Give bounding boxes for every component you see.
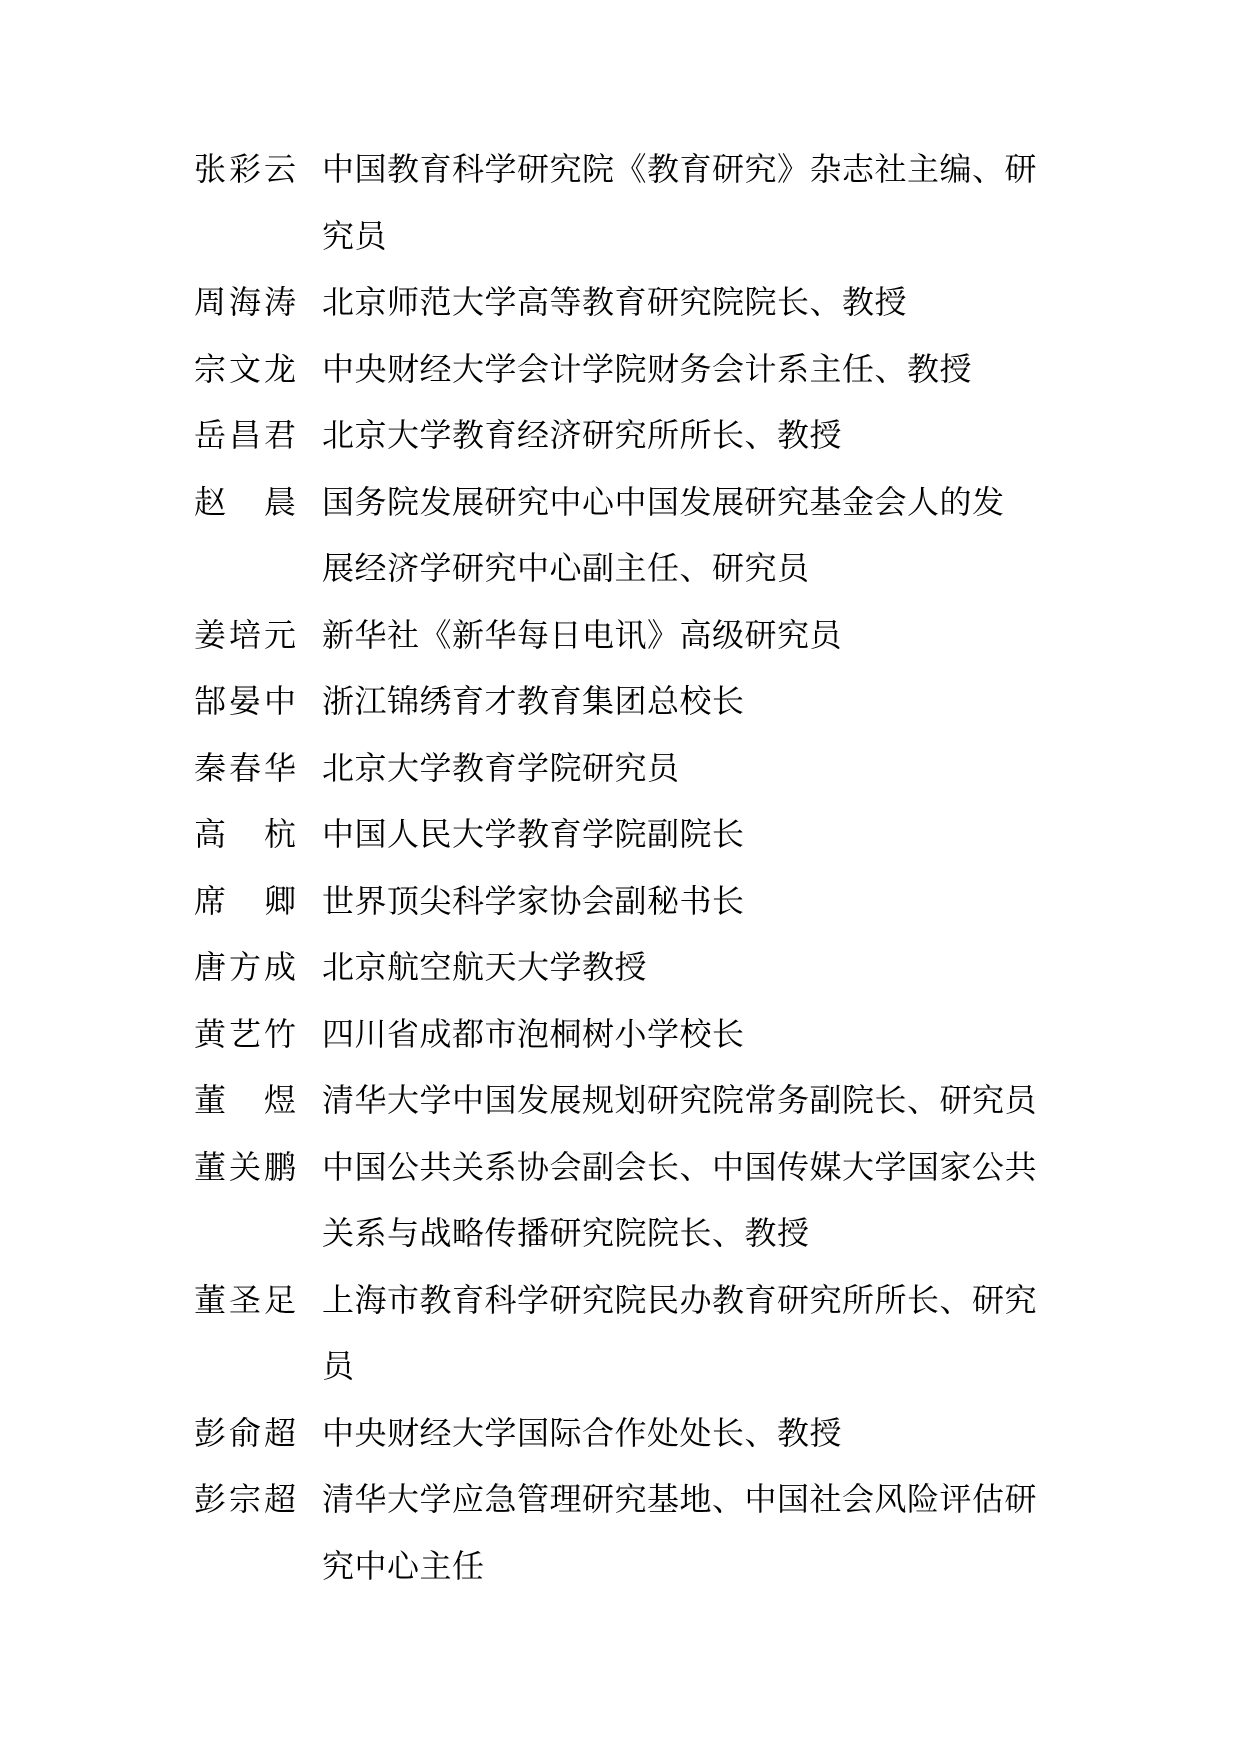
person-affiliation-title: 中央财经大学国际合作处处长、教授 (322, 1400, 1082, 1467)
document-page: 张彩云 中国教育科学研究院《教育研究》杂志社主编、研究员 周海涛 北京师范大学高… (0, 0, 1241, 1755)
title-line: 究中心主任 (322, 1533, 1082, 1600)
title-line: 清华大学中国发展规划研究院常务副院长、研究员 (322, 1067, 1082, 1134)
title-line: 国务院发展研究中心中国发展研究基金会人的发 (322, 469, 1082, 536)
person-affiliation-title: 中国公共关系协会副会长、中国传媒大学国家公共关系与战略传播研究院院长、教授 (322, 1134, 1082, 1267)
person-name: 席卿 (194, 868, 296, 935)
person-affiliation-title: 国务院发展研究中心中国发展研究基金会人的发展经济学研究中心副主任、研究员 (322, 469, 1082, 602)
roster-entry: 董圣足 上海市教育科学研究院民办教育研究所所长、研究员 (194, 1267, 1094, 1400)
title-line: 究员 (322, 203, 1082, 270)
roster-entry: 岳昌君 北京大学教育经济研究所所长、教授 (194, 402, 1094, 469)
title-line: 中央财经大学会计学院财务会计系主任、教授 (322, 336, 1082, 403)
roster-entry: 郜晏中 浙江锦绣育才教育集团总校长 (194, 668, 1094, 735)
title-line: 关系与战略传播研究院院长、教授 (322, 1200, 1082, 1267)
title-line: 中国人民大学教育学院副院长 (322, 801, 1082, 868)
person-affiliation-title: 北京航空航天大学教授 (322, 934, 1082, 1001)
title-line: 北京大学教育经济研究所所长、教授 (322, 402, 1082, 469)
roster-entry: 高杭 中国人民大学教育学院副院长 (194, 801, 1094, 868)
roster-entry: 黄艺竹 四川省成都市泡桐树小学校长 (194, 1001, 1094, 1068)
person-name: 郜晏中 (194, 668, 296, 735)
person-affiliation-title: 中国教育科学研究院《教育研究》杂志社主编、研究员 (322, 136, 1082, 269)
person-affiliation-title: 北京大学教育经济研究所所长、教授 (322, 402, 1082, 469)
person-affiliation-title: 四川省成都市泡桐树小学校长 (322, 1001, 1082, 1068)
person-name: 赵晨 (194, 469, 296, 536)
title-line: 中国公共关系协会副会长、中国传媒大学国家公共 (322, 1134, 1082, 1201)
person-affiliation-title: 清华大学中国发展规划研究院常务副院长、研究员 (322, 1067, 1082, 1134)
person-name: 董煜 (194, 1067, 296, 1134)
person-name: 张彩云 (194, 136, 296, 203)
title-line: 北京大学教育学院研究员 (322, 735, 1082, 802)
title-line: 中国教育科学研究院《教育研究》杂志社主编、研 (322, 136, 1082, 203)
person-name: 姜培元 (194, 602, 296, 669)
person-affiliation-title: 上海市教育科学研究院民办教育研究所所长、研究员 (322, 1267, 1082, 1400)
person-name: 周海涛 (194, 269, 296, 336)
roster-entry: 宗文龙 中央财经大学会计学院财务会计系主任、教授 (194, 336, 1094, 403)
title-line: 浙江锦绣育才教育集团总校长 (322, 668, 1082, 735)
roster-entry: 彭宗超 清华大学应急管理研究基地、中国社会风险评估研究中心主任 (194, 1466, 1094, 1599)
person-name: 岳昌君 (194, 402, 296, 469)
person-name: 黄艺竹 (194, 1001, 296, 1068)
roster-entry: 董煜 清华大学中国发展规划研究院常务副院长、研究员 (194, 1067, 1094, 1134)
title-line: 北京航空航天大学教授 (322, 934, 1082, 1001)
person-name: 宗文龙 (194, 336, 296, 403)
roster-entry: 彭俞超 中央财经大学国际合作处处长、教授 (194, 1400, 1094, 1467)
person-name: 唐方成 (194, 934, 296, 1001)
person-affiliation-title: 北京大学教育学院研究员 (322, 735, 1082, 802)
roster-entry: 秦春华 北京大学教育学院研究员 (194, 735, 1094, 802)
person-name: 高杭 (194, 801, 296, 868)
person-affiliation-title: 浙江锦绣育才教育集团总校长 (322, 668, 1082, 735)
title-line: 展经济学研究中心副主任、研究员 (322, 535, 1082, 602)
roster-entry: 董关鹏 中国公共关系协会副会长、中国传媒大学国家公共关系与战略传播研究院院长、教… (194, 1134, 1094, 1267)
title-line: 新华社《新华每日电讯》高级研究员 (322, 602, 1082, 669)
person-affiliation-title: 中央财经大学会计学院财务会计系主任、教授 (322, 336, 1082, 403)
person-name: 彭宗超 (194, 1466, 296, 1533)
title-line: 清华大学应急管理研究基地、中国社会风险评估研 (322, 1466, 1082, 1533)
person-affiliation-title: 清华大学应急管理研究基地、中国社会风险评估研究中心主任 (322, 1466, 1082, 1599)
roster-entry: 赵晨 国务院发展研究中心中国发展研究基金会人的发展经济学研究中心副主任、研究员 (194, 469, 1094, 602)
roster-entry: 姜培元 新华社《新华每日电讯》高级研究员 (194, 602, 1094, 669)
roster-entry: 张彩云 中国教育科学研究院《教育研究》杂志社主编、研究员 (194, 136, 1094, 269)
person-affiliation-title: 世界顶尖科学家协会副秘书长 (322, 868, 1082, 935)
person-affiliation-title: 北京师范大学高等教育研究院院长、教授 (322, 269, 1082, 336)
person-name: 董关鹏 (194, 1134, 296, 1201)
person-affiliation-title: 新华社《新华每日电讯》高级研究员 (322, 602, 1082, 669)
expert-roster-list: 张彩云 中国教育科学研究院《教育研究》杂志社主编、研究员 周海涛 北京师范大学高… (194, 136, 1094, 1599)
person-name: 彭俞超 (194, 1400, 296, 1467)
title-line: 中央财经大学国际合作处处长、教授 (322, 1400, 1082, 1467)
title-line: 上海市教育科学研究院民办教育研究所所长、研究 (322, 1267, 1082, 1334)
title-line: 北京师范大学高等教育研究院院长、教授 (322, 269, 1082, 336)
roster-entry: 唐方成 北京航空航天大学教授 (194, 934, 1094, 1001)
title-line: 世界顶尖科学家协会副秘书长 (322, 868, 1082, 935)
person-affiliation-title: 中国人民大学教育学院副院长 (322, 801, 1082, 868)
title-line: 员 (322, 1333, 1082, 1400)
person-name: 董圣足 (194, 1267, 296, 1334)
title-line: 四川省成都市泡桐树小学校长 (322, 1001, 1082, 1068)
roster-entry: 席卿 世界顶尖科学家协会副秘书长 (194, 868, 1094, 935)
person-name: 秦春华 (194, 735, 296, 802)
roster-entry: 周海涛 北京师范大学高等教育研究院院长、教授 (194, 269, 1094, 336)
